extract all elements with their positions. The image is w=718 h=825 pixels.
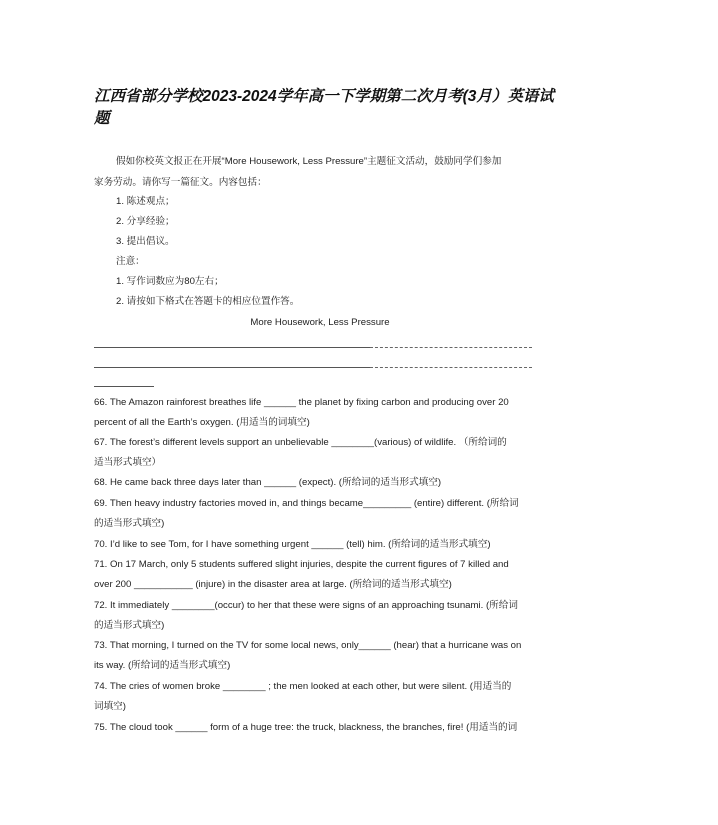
question-73-line-1: 73. That morning, I turned on the TV for… <box>94 636 521 656</box>
question-72-line-2: 的适当形式填空) <box>94 616 164 636</box>
question-67-line-2: 适当形式填空） <box>94 453 161 473</box>
question-70-line-1: 70. I’d like to see Tom, for I have some… <box>94 535 491 555</box>
essay-title: More Housework, Less Pressure <box>0 313 640 333</box>
question-69-line-1: 69. Then heavy industry factories moved … <box>94 494 519 514</box>
note-1: 1. 写作词数应为80左右； <box>116 272 224 292</box>
content-point-3: 3. 提出倡议。 <box>116 232 175 252</box>
answer-line-2 <box>94 367 370 368</box>
question-66-line-1: 66. The Amazon rainforest breathes life … <box>94 393 509 413</box>
prompt-line-1: 假如你校英文报正在开展“More Housework, Less Pressur… <box>116 152 501 172</box>
question-75-line-1: 75. The cloud took ______ form of a huge… <box>94 718 517 738</box>
question-73-line-2: its way. (所给词的适当形式填空) <box>94 656 230 676</box>
content-point-1: 1. 陈述观点； <box>116 192 175 212</box>
question-68-line-1: 68. He came back three days later than _… <box>94 473 441 493</box>
question-74-line-2: 词填空) <box>94 697 126 717</box>
note-2: 2. 请按如下格式在答题卡的相应位置作答。 <box>116 292 299 312</box>
notes-label: 注意： <box>116 252 145 272</box>
answer-line-1 <box>94 347 370 348</box>
title-line-2: 题 <box>94 110 110 127</box>
question-71-line-1: 71. On 17 March, only 5 students suffere… <box>94 555 509 575</box>
title-line-1: 江西省部分学校2023-2024学年高一下学期第二次月考(3月）英语试 <box>94 88 554 105</box>
answer-line-3 <box>94 386 154 387</box>
question-69-line-2: 的适当形式填空) <box>94 514 164 534</box>
document-title: 江西省部分学校2023-2024学年高一下学期第二次月考(3月）英语试 题 <box>94 86 554 130</box>
question-71-line-2: over 200 ___________ (injure) in the dis… <box>94 575 452 595</box>
question-72-line-1: 72. It immediately ________(occur) to he… <box>94 596 518 616</box>
question-67-line-1: 67. The forest’s different levels suppor… <box>94 433 507 453</box>
question-74-line-1: 74. The cries of women broke ________ ; … <box>94 677 511 697</box>
question-66-line-2: percent of all the Earth’s oxygen. (用适当的… <box>94 413 310 433</box>
content-point-2: 2. 分享经验； <box>116 212 175 232</box>
document-page: 江西省部分学校2023-2024学年高一下学期第二次月考(3月）英语试 题 假如… <box>0 0 718 825</box>
prompt-line-2: 家务劳动。请你写一篇征文。内容包括： <box>94 173 267 193</box>
answer-line-1-dashed <box>370 347 532 348</box>
answer-line-2-dashed <box>370 367 532 368</box>
